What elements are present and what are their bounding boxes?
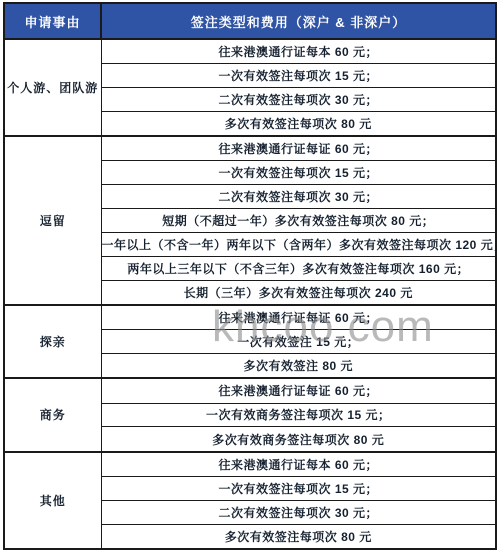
fee-table-body: 个人游、团队游往来港澳通行证每本 60 元；一次有效签注每项次 15 元；二次有… [4,39,496,549]
category-cell: 商务 [4,378,101,451]
fee-cell: 多次有效签注每项次 80 元 [101,524,496,549]
category-cell: 探亲 [4,305,101,378]
category-cell: 个人游、团队游 [4,39,101,136]
category-cell: 逗留 [4,136,101,305]
fee-cell: 短期（不超过一年）多次有效签注每项次 80 元； [101,209,496,233]
fee-cell: 多次有效签注每项次 80 元 [101,112,496,137]
fee-cell: 往来港澳通行证每证 60 元； [101,136,496,161]
table-row: 探亲往来港澳通行证每证 60 元； [4,305,496,330]
header-application-reason: 申请事由 [4,3,101,39]
page: 申请事由 签注类型和费用（深户 & 非深户） 个人游、团队游往来港澳通行证每本 … [0,0,500,552]
fee-cell: 往来港澳通行证每本 60 元； [101,452,496,477]
fee-cell: 二次有效签注每项次 30 元； [101,185,496,209]
header-row: 申请事由 签注类型和费用（深户 & 非深户） [4,3,496,39]
table-row: 商务往来港澳通行证每证 60 元； [4,378,496,403]
fee-cell: 一次有效签注每项次 15 元； [101,476,496,500]
fee-cell: 往来港澳通行证每证 60 元； [101,305,496,330]
fee-cell: 一次有效签注每项次 15 元； [101,161,496,185]
fee-table-header: 申请事由 签注类型和费用（深户 & 非深户） [4,3,496,39]
table-row: 个人游、团队游往来港澳通行证每本 60 元； [4,39,496,64]
fee-cell: 二次有效签注每项次 30 元； [101,500,496,524]
fee-cell: 两年以上三年以下（不含三年）多次有效签注每项次 160 元； [101,257,496,281]
fee-table: 申请事由 签注类型和费用（深户 & 非深户） 个人游、团队游往来港澳通行证每本 … [3,2,497,550]
fee-cell: 一次有效签注 15 元； [101,330,496,354]
header-visa-type-and-fee: 签注类型和费用（深户 & 非深户） [101,3,496,39]
fee-cell: 长期（三年）多次有效签注每项次 240 元 [101,281,496,306]
fee-cell: 往来港澳通行证每本 60 元； [101,39,496,64]
fee-cell: 一次有效签注每项次 15 元； [101,64,496,88]
fee-cell: 一次有效商务签注每项次 15 元； [101,403,496,427]
fee-cell: 多次有效签注 80 元 [101,354,496,379]
table-row: 其他往来港澳通行证每本 60 元； [4,452,496,477]
table-row: 逗留往来港澳通行证每证 60 元； [4,136,496,161]
fee-cell: 一年以上（不含一年）两年以下（含两年）多次有效签注每项次 120 元； [101,233,496,257]
fee-cell: 多次有效商务签注每项次 80 元 [101,427,496,452]
fee-cell: 往来港澳通行证每证 60 元； [101,378,496,403]
fee-cell: 二次有效签注每项次 30 元； [101,88,496,112]
category-cell: 其他 [4,452,101,549]
